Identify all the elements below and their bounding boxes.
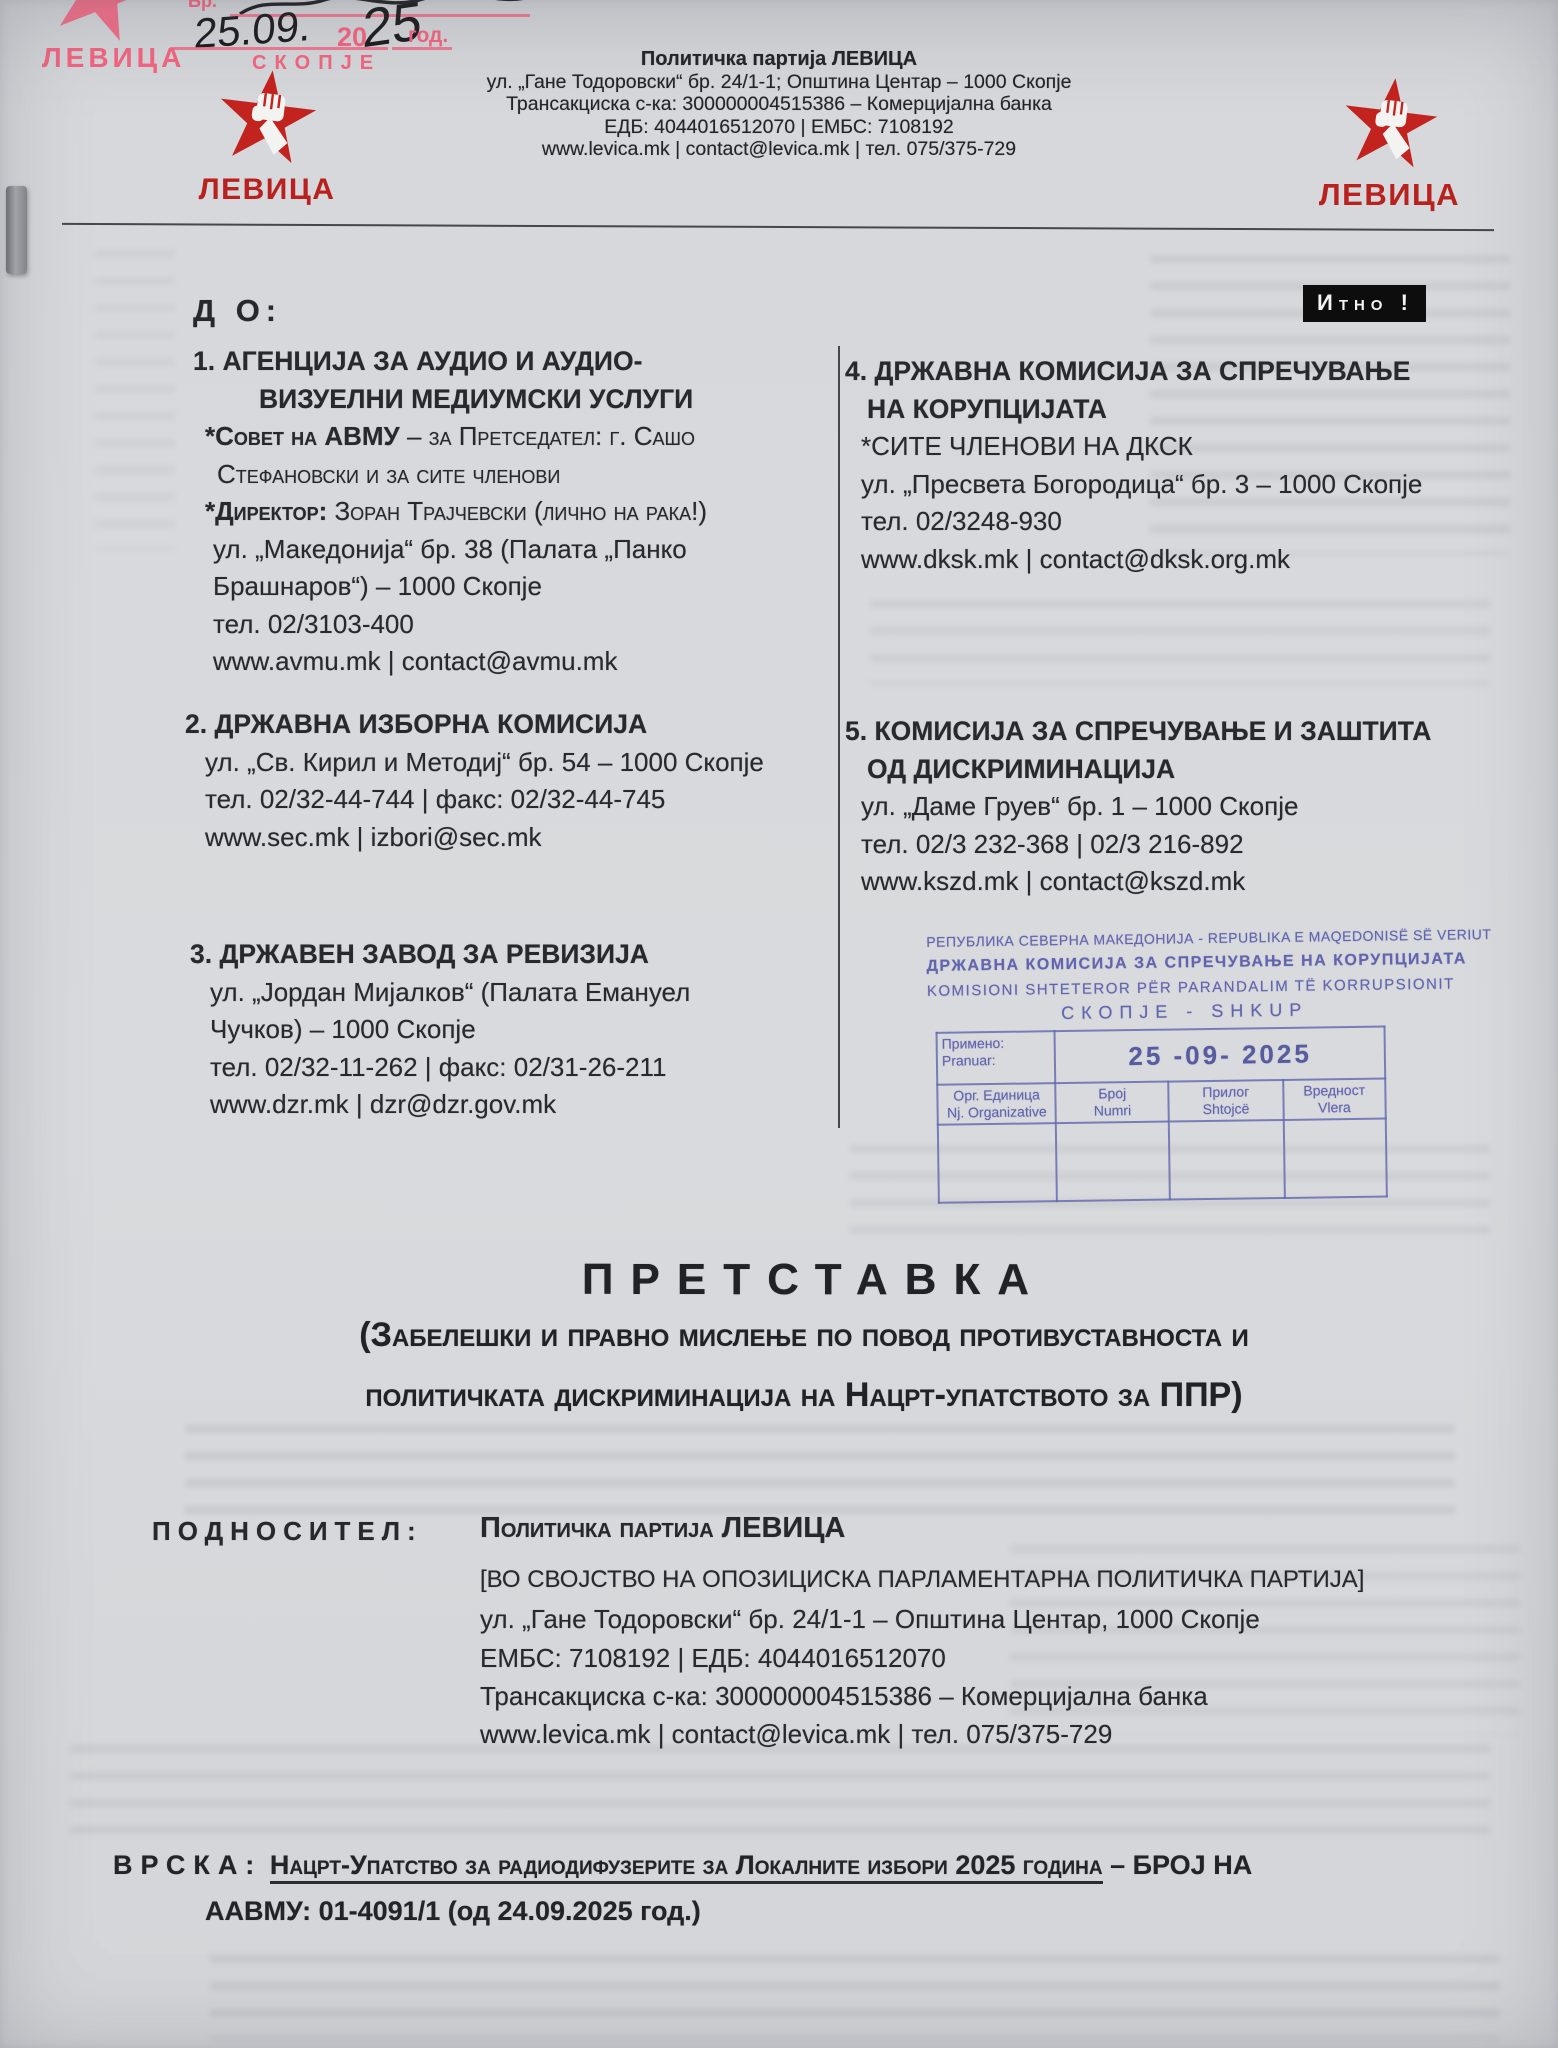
text-segment: тел. 02/3 232-368 | 02/3 216-892 [861,829,1244,859]
reference-tail: – БРОЈ НА [1103,1850,1253,1880]
stamp-col-label-mk: Прилог [1173,1083,1278,1101]
stamp-col-label-sq: Shtojcë [1174,1100,1279,1118]
stamp-commission-mk: ДРЖАВНА КОМИСИЈА ЗА СПРЕЧУВАЊЕ НА КОРУПЦ… [926,950,1488,976]
recipient-line: ОД ДИСКРИМИНАЦИЈА [845,751,1493,789]
stamp-received-cell: Примено: Pranuar: [937,1031,1056,1085]
petition-title: ПРЕТСТАВКА [35,1255,1558,1305]
text-segment: 3. ДРЖАВЕН ЗАВОД ЗА РЕВИЗИЈА [190,939,649,969]
stamp-received-label-sq: Pranuar: [942,1051,1051,1070]
text-segment: ОД ДИСКРИМИНАЦИЈА [867,754,1175,784]
stamp-empty-cell [1169,1120,1285,1200]
reference-subject: Нацрт-Упатство за радиодифузерите за Лок… [270,1850,1103,1884]
submitter-bank: Трансакциска с-ка: 300000004515386 – Ком… [480,1681,1208,1712]
text-segment: Стефановски и за сите членови [217,459,560,489]
stamp-country-line: РЕПУБЛИКА СЕВЕРНА МАКЕДОНИЈА - REPUBLIKA… [926,926,1488,950]
stamp-received-label-mk: Примено: [942,1034,1051,1053]
text-segment: www.sec.mk | izbori@sec.mk [205,822,542,852]
text-segment: *Совет на АВМУ [205,421,400,451]
text-segment: www.avmu.mk | contact@avmu.mk [213,646,617,676]
recipient-line: www.sec.mk | izbori@sec.mk [185,819,833,857]
recipient-line: 2. ДРЖАВНА ИЗБОРНА КОМИСИЈА [185,706,833,744]
text-segment: 5. КОМИСИЈА ЗА СПРЕЧУВАЊЕ И ЗАШТИТА [845,716,1431,746]
recipient-line: 3. ДРЖАВЕН ЗАВОД ЗА РЕВИЗИЈА [190,936,838,974]
petition-subtitle-line1: (Забелешки и правно мислење по повод про… [25,1316,1558,1355]
stamp-col-label-mk: Орг. Единица [942,1086,1051,1105]
recipient-line: 5. КОМИСИЈА ЗА СПРЕЧУВАЊЕ И ЗАШТИТА [845,713,1493,751]
stamp-col-header: Број Numri [1056,1082,1169,1124]
paper-clip [6,186,27,274]
stamp-col-label-mk: Број [1061,1085,1164,1103]
submitter-contacts: www.levica.mk | contact@levica.mk | тел.… [480,1719,1112,1750]
star-fist-icon [1323,67,1456,179]
letterhead-contacts: www.levica.mk | contact@levica.mk | тел.… [399,138,1159,161]
letterhead-address: ул. „Гане Тодоровски“ бр. 24/1-1; Општин… [399,71,1159,94]
letterhead-bank: Трансакциска с-ка: 300000004515386 – Ком… [399,93,1159,116]
recipient-line: тел. 02/32-44-744 | факс: 02/32-44-745 [185,781,833,819]
submitter-address: ул. „Гане Тодоровски“ бр. 24/1-1 – Општи… [480,1604,1260,1635]
text-segment: ул. „Св. Кирил и Методиј“ бр. 54 – 1000 … [205,747,764,777]
stamp-col-label-sq: Numri [1061,1102,1164,1120]
logo-wordmark: ЛЕВИЦА [1302,177,1477,213]
recipient-line: НА КОРУПЦИЈАТА [845,391,1493,429]
recipient-line: *СИТЕ ЧЛЕНОВИ НА ДКСК [845,428,1493,466]
submitter-capacity: [ВО СВОЈСТВО НА ОПОЗИЦИСКА ПАРЛАМЕНТАРНА… [480,1566,1364,1594]
stamp-col-label-sq: Nj. Organizative [943,1103,1052,1122]
text-segment: ул. „Македонија“ бр. 38 (Палата „Панко [213,534,687,564]
text-segment: 2. ДРЖАВНА ИЗБОРНА КОМИСИЈА [185,709,647,739]
text-segment: ул. „Јордан Мијалков“ (Палата Емануел [210,977,690,1007]
recipient-line: ул. „Јордан Мијалков“ (Палата Емануел [190,974,838,1012]
urgent-badge: Итно ! [1303,285,1426,322]
stamp-city-line: СКОПЈЕ - SHKUP [927,998,1442,1026]
text-segment: www.dksk.mk | contact@dksk.org.mk [861,544,1290,574]
text-segment: Зоран Трајчевски (лично на рака!) [327,496,707,526]
recipient-line: ул. „Пресвета Богородица“ бр. 3 – 1000 С… [845,466,1493,504]
letterhead-party-name: Политичка партија ЛЕВИЦА [399,48,1159,71]
logo-wordmark: ЛЕВИЦА [172,173,362,207]
recipient-item-2: 2. ДРЖАВНА ИЗБОРНА КОМИСИЈАул. „Св. Кири… [185,706,833,856]
letterhead-divider [62,223,1494,231]
text-segment: Чучков) – 1000 Скопје [210,1014,476,1044]
stamp-received-date: 25 -09- 2025 [1055,1027,1385,1084]
recipient-line: www.dksk.mk | contact@dksk.org.mk [845,541,1493,579]
recipient-item-3: 3. ДРЖАВЕН ЗАВОД ЗА РЕВИЗИЈАул. „Јордан … [190,936,838,1124]
text-segment: www.kszd.mk | contact@kszd.mk [861,866,1245,896]
recipient-line: ул. „Даме Груев“ бр. 1 – 1000 Скопје [845,788,1493,826]
recipient-line: *Совет на АВМУ – за Претседател: г. Сашо [193,418,841,456]
levica-logo-right: ЛЕВИЦА [1302,74,1477,213]
pink-stamp-party: ЛЕВИЦА [42,42,185,74]
bleed-through-texture [210,1955,1500,2040]
stamp-empty-cell [938,1123,1058,1203]
recipient-line: www.avmu.mk | contact@avmu.mk [193,643,841,681]
recipient-item-5: 5. КОМИСИЈА ЗА СПРЕЧУВАЊЕ И ЗАШТИТАОД ДИ… [845,713,1493,901]
bleed-through-texture [70,1745,1490,1840]
text-segment: НА КОРУПЦИЈАТА [867,394,1107,424]
recipient-line: ул. „Македонија“ бр. 38 (Палата „Панко [193,531,841,569]
recipient-item-4: 4. ДРЖАВНА КОМИСИЈА ЗА СПРЕЧУВАЊЕНА КОРУ… [845,353,1493,578]
star-fist-icon [197,59,336,176]
recipient-line: ул. „Св. Кирил и Методиј“ бр. 54 – 1000 … [185,744,833,782]
text-segment: тел. 02/3248-930 [861,506,1062,536]
recipient-line: 4. ДРЖАВНА КОМИСИЈА ЗА СПРЕЧУВАЊЕ [845,353,1493,391]
text-segment: 4. ДРЖАВНА КОМИСИЈА ЗА СПРЕЧУВАЊЕ [845,356,1410,386]
recipient-item-1: 1. АГЕНЦИЈА ЗА АУДИО И АУДИО-ВИЗУЕЛНИ МЕ… [193,343,841,681]
recipient-line: www.dzr.mk | dzr@dzr.gov.mk [190,1086,838,1124]
recipient-line: *Директор: Зоран Трајчевски (лично на ра… [193,493,841,531]
text-segment: тел. 02/3103-400 [213,609,414,639]
scanned-document-page: Бр. 25.09. 20 25 год. ЛЕВИЦА СКОПЈЕ ЛЕВИ… [0,0,1558,2048]
reference-line1: ВРСКА: Нацрт-Упатство за радиодифузерите… [113,1850,1252,1881]
text-segment: Брашнаров“) – 1000 Скопје [213,571,542,601]
recipient-line: Стефановски и за сите членови [193,456,841,494]
text-segment: – за Претседател: г. Сашо [400,421,695,451]
text-segment: www.dzr.mk | dzr@dzr.gov.mk [210,1089,556,1119]
text-segment: *Директор: [205,496,327,526]
stamp-col-header: Прилог Shtojcë [1168,1080,1283,1122]
stamp-col-header: Вредност Vlera [1283,1079,1386,1120]
text-segment: ул. „Пресвета Богородица“ бр. 3 – 1000 С… [861,469,1422,499]
submitter-name: Политичка партија ЛЕВИЦА [480,1512,845,1545]
petition-subtitle-line2: политичката дискриминација на Нацрт-упат… [25,1376,1558,1415]
stamp-col-header: Орг. Единица Nj. Organizative [937,1083,1056,1125]
recipient-line: тел. 02/3103-400 [193,606,841,644]
stamp-empty-cell [1056,1122,1170,1202]
stamp-empty-cell [1283,1119,1386,1198]
pink-stamp-year-suffix: год. [408,24,448,48]
text-segment: тел. 02/32-11-262 | факс: 02/31-26-211 [210,1052,667,1082]
text-segment: ВИЗУЕЛНИ МЕДИУМСКИ УСЛУГИ [259,384,693,414]
text-segment: 1. АГЕНЦИЈА ЗА АУДИО И АУДИО- [193,346,642,376]
stamp-col-label-sq: Vlera [1288,1099,1381,1117]
recipient-line: Брашнаров“) – 1000 Скопје [193,568,841,606]
to-label: Д О: [193,293,282,329]
recipient-line: 1. АГЕНЦИЈА ЗА АУДИО И АУДИО- [193,343,841,381]
dksk-receipt-stamp: РЕПУБЛИКА СЕВЕРНА МАКЕДОНИЈА - REPUBLIKA… [926,926,1492,1204]
levica-logo-left: ЛЕВИЦА [172,66,362,207]
letterhead-ids: ЕДБ: 4044016512070 | ЕМБС: 7108192 [399,116,1159,139]
text-segment: тел. 02/32-44-744 | факс: 02/32-44-745 [205,784,665,814]
text-segment: ул. „Даме Груев“ бр. 1 – 1000 Скопје [861,791,1298,821]
reference-line2: ААВМУ: 01-4091/1 (од 24.09.2025 год.) [205,1896,701,1927]
stamp-receipt-table: Примено: Pranuar: 25 -09- 2025 Орг. Един… [936,1026,1388,1204]
recipient-line: www.kszd.mk | contact@kszd.mk [845,863,1493,901]
text-segment: *СИТЕ ЧЛЕНОВИ НА ДКСК [861,431,1193,461]
submitter-label: ПОДНОСИТЕЛ: [152,1516,423,1547]
recipient-line: ВИЗУЕЛНИ МЕДИУМСКИ УСЛУГИ [193,381,841,419]
bleed-through-texture [870,600,1490,685]
stamp-col-label-mk: Вредност [1288,1082,1381,1100]
recipient-line: тел. 02/32-11-262 | факс: 02/31-26-211 [190,1049,838,1087]
reference-label: ВРСКА: [113,1850,262,1880]
bleed-through-texture [95,250,175,550]
recipient-line: тел. 02/3 232-368 | 02/3 216-892 [845,826,1493,864]
recipient-line: тел. 02/3248-930 [845,503,1493,541]
stamp-commission-sq: KOMISIONI SHTETEROR PËR PARANDALIM TË KO… [927,975,1489,1000]
letterhead: Политичка партија ЛЕВИЦА ул. „Гане Тодор… [399,48,1159,161]
submitter-ids: ЕМБС: 7108192 | ЕДБ: 4044016512070 [480,1643,946,1674]
recipient-line: Чучков) – 1000 Скопје [190,1011,838,1049]
